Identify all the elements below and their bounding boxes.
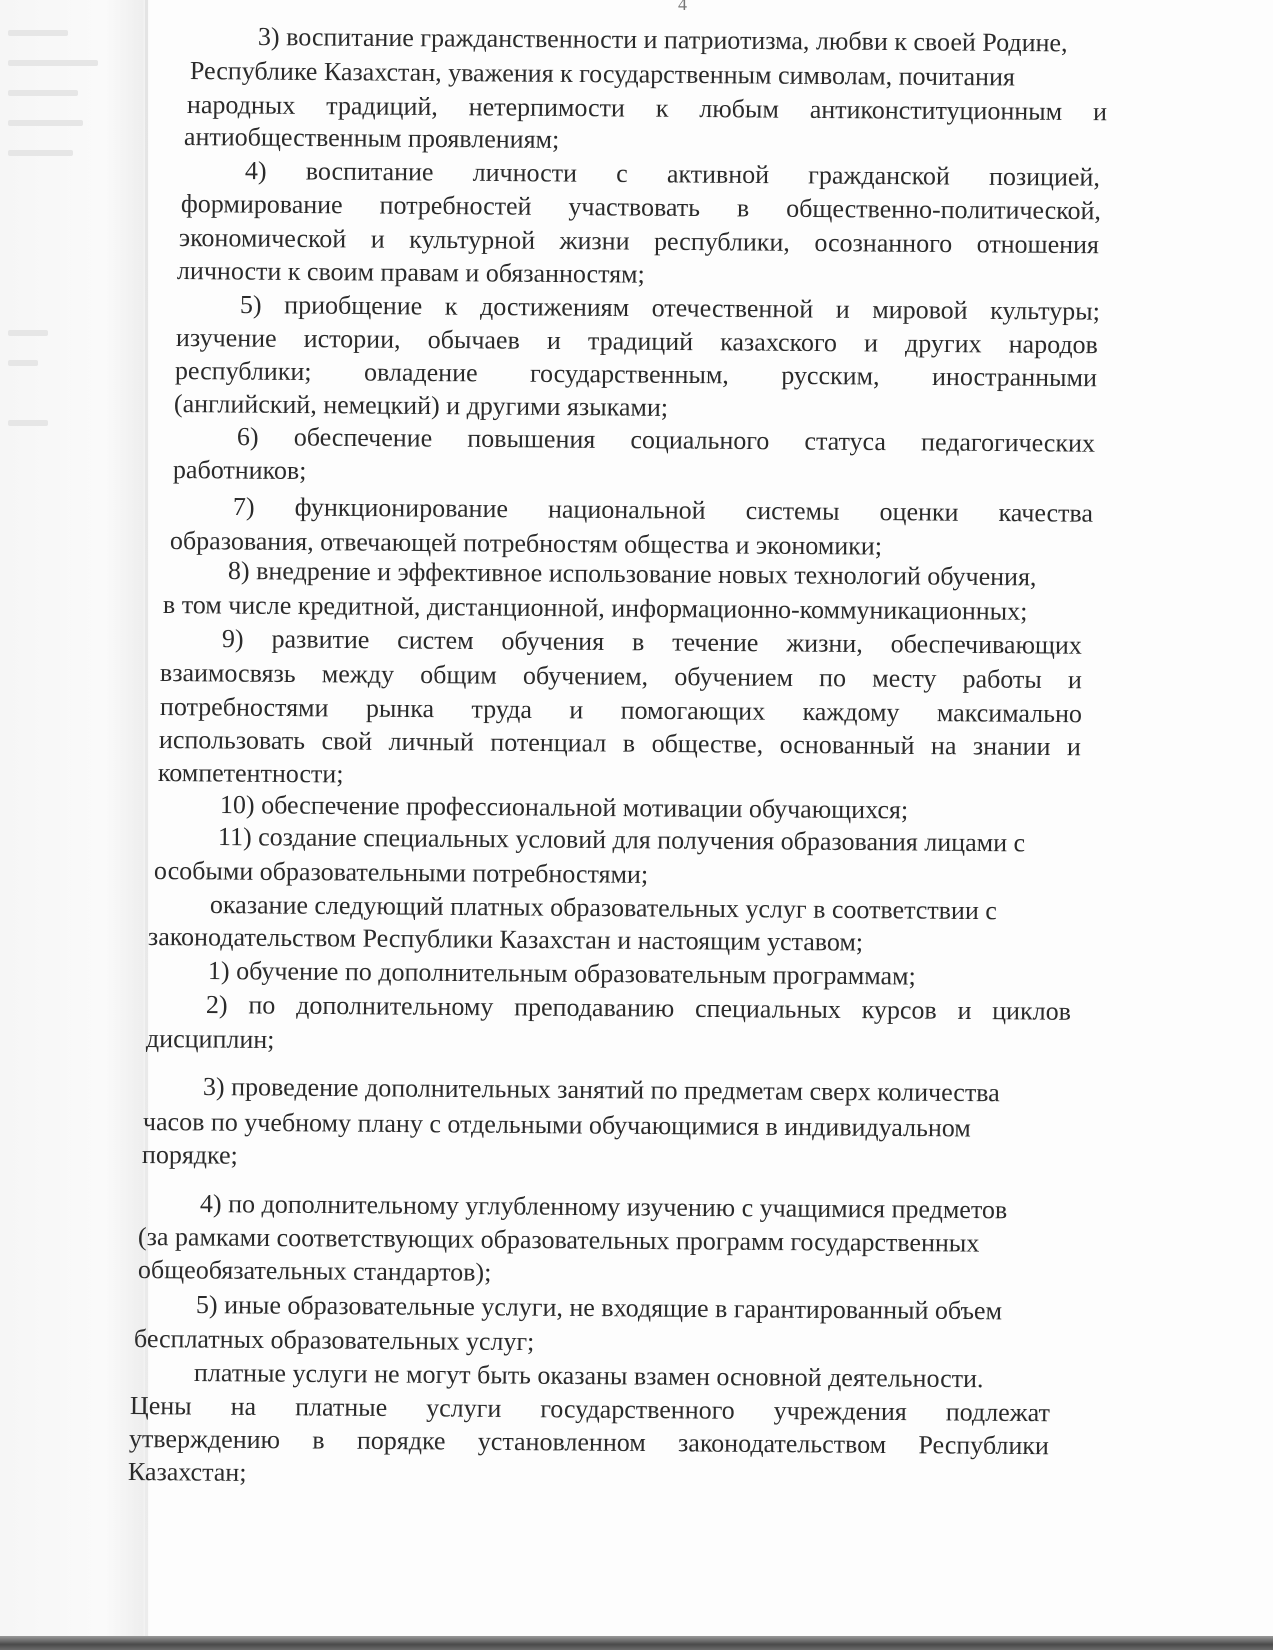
word: овладение bbox=[364, 357, 478, 388]
word: изучение bbox=[176, 323, 277, 354]
word: и bbox=[836, 295, 850, 325]
word: на bbox=[931, 731, 957, 761]
word: работы bbox=[962, 664, 1041, 695]
word: использовать bbox=[159, 725, 305, 756]
word: народов bbox=[1009, 330, 1098, 361]
word: участвовать bbox=[568, 192, 700, 223]
word: воспитание bbox=[306, 156, 434, 187]
word: и bbox=[1067, 732, 1081, 762]
text-line: 1) обучение по дополнительным образовате… bbox=[208, 956, 916, 992]
word: осознанного bbox=[814, 228, 952, 259]
text-line: дисциплин; bbox=[146, 1024, 275, 1055]
word: жизни bbox=[559, 226, 629, 257]
bleed-through-mark bbox=[8, 90, 78, 96]
text-line: 9)развитиесистемобучениявтечениежизни,об… bbox=[222, 624, 1082, 661]
word: помогающих bbox=[621, 696, 766, 727]
text-line: бесплатных образовательных услуг; bbox=[134, 1324, 535, 1357]
text-line: Казахстан; bbox=[128, 1457, 247, 1488]
word: функционирование bbox=[295, 492, 508, 524]
word: других bbox=[905, 329, 982, 360]
word: республики, bbox=[654, 227, 790, 258]
word: мировой bbox=[872, 295, 968, 326]
word: циклов bbox=[992, 996, 1071, 1027]
word: национальной bbox=[548, 494, 706, 525]
text-line: взаимосвязьмеждуобщимобучением,обучением… bbox=[160, 658, 1082, 695]
text-line: порядке; bbox=[142, 1140, 238, 1171]
word: традиций, bbox=[326, 91, 438, 122]
word: 2) bbox=[206, 990, 228, 1020]
word: статуса bbox=[804, 426, 886, 457]
word: отношения bbox=[977, 229, 1100, 260]
word: формирование bbox=[181, 189, 343, 220]
word: преподаванию bbox=[514, 992, 674, 1023]
word: личности bbox=[473, 158, 578, 189]
word: месту bbox=[872, 664, 936, 695]
word: специальных bbox=[695, 994, 841, 1025]
scanner-bottom-edge bbox=[0, 1636, 1273, 1650]
word: гражданской bbox=[808, 160, 950, 191]
text-line: (английский, немецкий) и другими языками… bbox=[174, 389, 668, 423]
word: экономической bbox=[179, 223, 347, 254]
text-line: законодательством Республики Казахстан и… bbox=[148, 922, 863, 958]
text-line: в том числе кредитной, дистанционной, ин… bbox=[163, 590, 1028, 627]
text-line: 7)функционированиенациональнойсистемыоце… bbox=[233, 492, 1093, 529]
word: с bbox=[616, 159, 628, 189]
text-line: 2)подополнительномупреподаваниюспециальн… bbox=[206, 990, 1071, 1027]
text-line: 3) проведение дополнительных занятий по … bbox=[203, 1072, 1000, 1108]
word: и bbox=[569, 695, 583, 725]
word: учреждения bbox=[774, 1396, 907, 1427]
word: иностранными bbox=[932, 362, 1097, 393]
text-line: изучениеистории,обычаевитрадицийказахско… bbox=[176, 323, 1098, 360]
bleed-through-mark bbox=[8, 330, 48, 336]
word: утверждению bbox=[129, 1424, 280, 1455]
word: истории, bbox=[304, 324, 401, 355]
word: русским, bbox=[781, 361, 879, 392]
word: обеспечивающих bbox=[891, 629, 1082, 661]
word: системы bbox=[746, 496, 840, 527]
word: 5) bbox=[240, 290, 262, 320]
word: жизни, bbox=[786, 628, 863, 659]
bleed-through-mark bbox=[8, 120, 83, 126]
word: отечественной bbox=[652, 293, 814, 324]
word: 6) bbox=[237, 422, 259, 452]
text-line: особыми образовательными потребностями; bbox=[154, 856, 648, 890]
word: 7) bbox=[233, 492, 255, 522]
text-line: 6)обеспечениеповышениясоциальногостатуса… bbox=[237, 422, 1095, 459]
word: на bbox=[231, 1392, 257, 1422]
word: личный bbox=[388, 727, 473, 758]
word: по bbox=[248, 990, 275, 1020]
bleed-through-mark bbox=[8, 150, 73, 156]
text-line: антиобщественным проявлениям; bbox=[184, 122, 560, 155]
word: традиций bbox=[588, 326, 693, 357]
word: развитие bbox=[271, 624, 369, 655]
word: общественно-политической, bbox=[786, 194, 1101, 226]
text-line: Республике Казахстан, уважения к государ… bbox=[190, 56, 1015, 92]
word: потребностей bbox=[379, 191, 531, 222]
word: между bbox=[322, 659, 394, 690]
text-line: экономическойикультурнойжизниреспублики,… bbox=[179, 223, 1099, 260]
word: и bbox=[957, 996, 971, 1026]
text-line: 4)воспитаниеличностисактивнойгражданской… bbox=[245, 156, 1100, 193]
text-line: работников; bbox=[173, 455, 307, 486]
word: по bbox=[819, 663, 846, 693]
word: республики; bbox=[175, 356, 312, 387]
word: в bbox=[737, 193, 750, 223]
word: позицией, bbox=[989, 162, 1100, 193]
word: обучением bbox=[674, 662, 793, 693]
word: народных bbox=[187, 90, 296, 121]
text-line: 3) воспитание гражданственности и патрио… bbox=[258, 22, 1068, 58]
word: социального bbox=[630, 425, 769, 456]
text-line: общеобязательных стандартов); bbox=[138, 1255, 492, 1288]
text-line: использоватьсвойличныйпотенциалвобществе… bbox=[159, 725, 1081, 762]
text-line: республики;овладениегосударственным,русс… bbox=[175, 356, 1097, 393]
word: свой bbox=[321, 726, 372, 756]
word: Республики bbox=[918, 1430, 1049, 1461]
word: антиконституционным bbox=[810, 95, 1063, 127]
word: и bbox=[1093, 97, 1107, 127]
word: государственного bbox=[540, 1394, 735, 1426]
text-line: 4) по дополнительному углубленному изуче… bbox=[200, 1189, 1007, 1225]
word: приобщение bbox=[284, 290, 422, 321]
word: течение bbox=[672, 628, 758, 659]
text-line: 10) обеспечение профессиональной мотивац… bbox=[220, 790, 908, 825]
text-line: 8) внедрение и эффективное использование… bbox=[228, 556, 1037, 592]
text-line: личности к своим правам и обязанностям; bbox=[177, 256, 645, 290]
word: рынка bbox=[366, 694, 434, 725]
text-line: оказание следующий платных образовательн… bbox=[210, 890, 997, 926]
page-number: 4 bbox=[678, 0, 687, 15]
text-line: потребностямирынкатрудаипомогающихкаждом… bbox=[160, 692, 1082, 729]
word: культуры; bbox=[990, 296, 1100, 327]
bleed-through-mark bbox=[8, 30, 68, 36]
word: обучением, bbox=[523, 661, 648, 692]
word: в bbox=[632, 627, 645, 657]
word: казахского bbox=[720, 327, 837, 358]
word: в bbox=[312, 1425, 325, 1455]
word: 9) bbox=[222, 624, 244, 654]
word: и bbox=[371, 225, 385, 255]
text-line: 11) создание специальных условий для пол… bbox=[218, 822, 1025, 858]
word: взаимосвязь bbox=[160, 658, 296, 689]
word: систем bbox=[397, 625, 474, 656]
bleed-through-mark bbox=[8, 360, 38, 366]
word: обеспечение bbox=[294, 422, 433, 453]
word: активной bbox=[667, 159, 769, 190]
text-line: формированиепотребностейучаствоватьвобще… bbox=[181, 189, 1101, 226]
text-line: компетентности; bbox=[158, 758, 344, 789]
word: в bbox=[623, 729, 636, 759]
word: к bbox=[445, 292, 458, 322]
text-line: 5) иные образовательные услуги, не входя… bbox=[196, 1290, 1002, 1326]
word: платные bbox=[295, 1392, 387, 1423]
word: оценки bbox=[879, 497, 958, 528]
word: к bbox=[656, 94, 669, 124]
word: потенциал bbox=[490, 728, 606, 759]
scan-left-margin bbox=[0, 0, 150, 1650]
word: законодательством bbox=[678, 1428, 886, 1460]
text-line: платные услуги не могут быть оказаны вза… bbox=[194, 1358, 984, 1394]
word: обучения bbox=[501, 626, 604, 657]
word: услуги bbox=[426, 1393, 501, 1424]
word: обществе, bbox=[652, 729, 764, 760]
bleed-through-mark bbox=[8, 420, 48, 426]
word: дополнительному bbox=[296, 991, 493, 1023]
text-line: народныхтрадиций,нетерпимостиклюбымантик… bbox=[187, 90, 1107, 127]
word: и bbox=[864, 328, 878, 358]
word: государственным, bbox=[530, 359, 729, 391]
word: обычаев bbox=[428, 325, 520, 356]
word: каждому bbox=[802, 697, 899, 728]
word: установленном bbox=[478, 1427, 646, 1458]
text-line: Ценынаплатныеуслугигосударственногоучреж… bbox=[130, 1391, 1050, 1428]
word: основанный bbox=[780, 730, 915, 761]
word: нетерпимости bbox=[469, 92, 625, 123]
word: повышения bbox=[467, 424, 595, 455]
bleed-through-mark bbox=[8, 60, 98, 66]
word: достижениям bbox=[480, 292, 629, 323]
word: максимально bbox=[937, 698, 1082, 729]
word: общим bbox=[420, 660, 497, 691]
word: любым bbox=[699, 94, 779, 125]
text-line: 5)приобщениекдостижениямотечественнойими… bbox=[240, 290, 1100, 327]
word: труда bbox=[471, 694, 532, 724]
word: педагогических bbox=[921, 427, 1095, 458]
word: 4) bbox=[245, 156, 267, 186]
word: и bbox=[1068, 665, 1082, 695]
text-line: утверждениювпорядкеустановленномзаконода… bbox=[129, 1424, 1049, 1461]
word: культурной bbox=[409, 225, 535, 256]
word: и bbox=[547, 326, 561, 356]
word: знании bbox=[973, 731, 1051, 762]
word: порядке bbox=[357, 1426, 446, 1457]
word: курсов bbox=[862, 995, 937, 1026]
word: качества bbox=[998, 498, 1093, 529]
word: подлежат bbox=[946, 1397, 1050, 1428]
word: Цены bbox=[130, 1391, 192, 1421]
text-line: часов по учебному плану с отдельными обу… bbox=[143, 1107, 971, 1144]
text-line: (за рамками соответствующих образователь… bbox=[138, 1222, 980, 1259]
word: потребностями bbox=[160, 692, 329, 723]
